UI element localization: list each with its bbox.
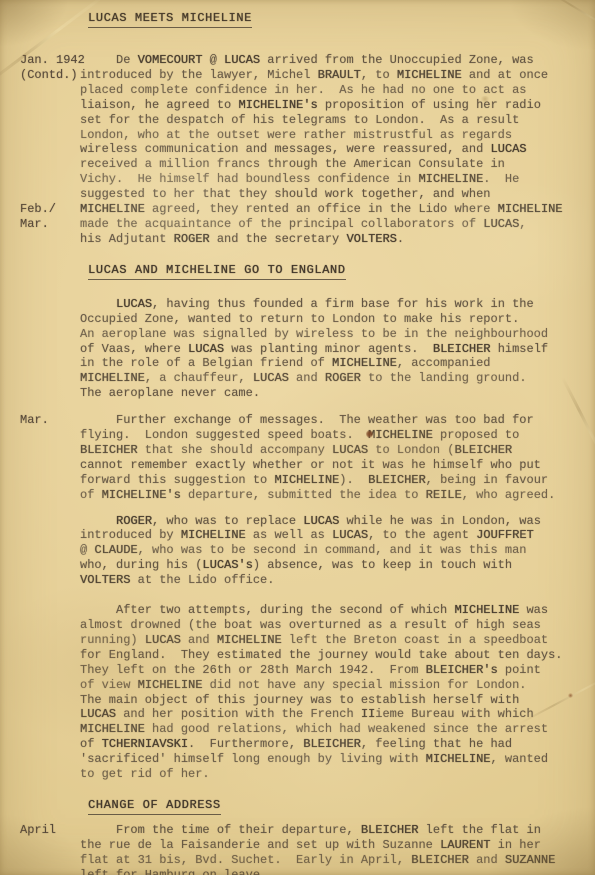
text-line: of view MICHELINE did not have any speci…: [80, 678, 595, 693]
text-line: London, who at the outset were rather mi…: [80, 128, 595, 143]
text-line: forward this suggestion to MICHELINE). B…: [80, 473, 595, 488]
emphasized-name: MICHELINE's: [102, 488, 181, 502]
emphasized-name: OF: [143, 798, 159, 812]
emphasized-name: ENGLAND: [291, 263, 346, 277]
text-line: his Adjutant ROGER and the secretary VOL…: [80, 232, 595, 247]
text-line: VOLTERS at the Lido office.: [80, 573, 595, 588]
text-line: suggested to her that they should work t…: [80, 187, 595, 202]
emphasized-name: JOUFFRET: [476, 528, 534, 542]
emphasized-name: MICHELINE's: [238, 98, 317, 112]
margin-note: Jan. 1942: [20, 53, 85, 68]
emphasized-name: MICHELINE: [397, 68, 462, 82]
paragraph: Further exchange of messages. The weathe…: [80, 413, 595, 502]
paragraph: After two attempts, during the second of…: [80, 603, 595, 782]
text-line: placed complete confidence in her. As he…: [80, 83, 595, 98]
emphasized-name: LUCAS: [116, 297, 152, 311]
emphasized-name: MICHELINE: [418, 172, 483, 186]
text-line: LUCAS, having thus founded a firm base f…: [80, 297, 595, 312]
emphasized-name: BLEICHER: [361, 823, 419, 837]
emphasized-name: BLEICHER: [433, 342, 491, 356]
text-line: Vichy. He himself had boundless confiden…: [80, 172, 595, 187]
emphasized-name: ROGER: [174, 232, 210, 246]
emphasized-name: ROGER: [325, 371, 361, 385]
text-line: An aeroplane was signalled by wireless t…: [80, 327, 595, 342]
text-line: received a million francs through the Am…: [80, 157, 595, 172]
text-line: set for the despatch of his telegrams to…: [80, 113, 595, 128]
emphasized-name: MICHELINE: [80, 371, 145, 385]
margin-note: Mar.: [20, 217, 49, 232]
emphasized-name: TCHERNIAVSKI: [102, 737, 188, 751]
emphasized-name: ADDRESS: [166, 798, 221, 812]
paragraph: De VOMECOURT @ LUCAS arrived from the Un…: [80, 53, 595, 247]
emphasized-name: TO: [268, 263, 284, 277]
text-line: of MICHELINE's departure, submitted the …: [80, 488, 595, 503]
emphasized-name: LUCAS: [188, 342, 224, 356]
emphasized-name: LUCAS: [88, 263, 127, 277]
text-line: of Vaas, where LUCAS was planting minor …: [80, 342, 595, 357]
text-line: De VOMECOURT @ LUCAS arrived from the Un…: [80, 53, 595, 68]
emphasized-name: MICHELINE: [80, 202, 145, 216]
emphasized-name: LUCAS: [253, 371, 289, 385]
text-line: introduced by MICHELINE as well as LUCAS…: [80, 528, 595, 543]
text-line: in the role of a Belgian friend of MICHE…: [80, 356, 595, 371]
emphasized-name: MICHELINE: [138, 678, 203, 692]
text-line: 'sacrificed' himself long enough by livi…: [80, 752, 595, 767]
section-heading: CHANGE OF ADDRESS: [88, 795, 595, 815]
text-line: introduced by the lawyer, Michel BRAULT,…: [80, 68, 595, 83]
text-line: wireless communication and messages, wer…: [80, 142, 595, 157]
emphasized-name: LUCAS: [145, 633, 181, 647]
emphasized-name: BRAULT: [318, 68, 361, 82]
emphasized-name: BLEICHER: [303, 737, 361, 751]
text-line: ROGER, who was to replace LUCAS while he…: [80, 514, 595, 529]
text-line: After two attempts, during the second of…: [80, 603, 595, 618]
text-line: MICHELINE agreed, they rented an office …: [80, 202, 595, 217]
margin-note: Feb./: [20, 202, 56, 217]
emphasized-name: CHANGE: [88, 798, 135, 812]
text-line: Occupied Zone, wanted to return to Londo…: [80, 312, 595, 327]
text-line: @ CLAUDE, who was to be second in comman…: [80, 543, 595, 558]
section-heading-text: CHANGE OF ADDRESS: [88, 798, 221, 815]
margin-note: (Contd.): [20, 68, 78, 83]
emphasized-name: LAURENT: [440, 838, 490, 852]
emphasized-name: MICHELINE: [274, 473, 339, 487]
emphasized-name: LUCAS: [483, 217, 519, 231]
emphasized-name: MICHELINE: [454, 603, 519, 617]
emphasized-name: MICHELINE: [217, 633, 282, 647]
margin-note: April: [20, 823, 56, 838]
section-heading-text: LUCAS MEETS MICHELINE: [88, 11, 252, 28]
text-line: Further exchange of messages. The weathe…: [80, 413, 595, 428]
emphasized-name: ROGER: [116, 514, 152, 528]
text-line: liaison, he agreed to MICHELINE's propos…: [80, 98, 595, 113]
emphasized-name: CLAUDE: [94, 543, 137, 557]
emphasized-name: MICHELINE: [368, 428, 433, 442]
emphasized-name: VOLTERS: [346, 232, 396, 246]
text-line: LUCAS and her position with the French I…: [80, 707, 595, 722]
margin-note: Mar.: [20, 413, 49, 428]
emphasized-name: AND: [135, 263, 158, 277]
emphasized-name: MICHELINE: [80, 722, 145, 736]
emphasized-name: BLEICHER: [368, 473, 426, 487]
paragraph: From the time of their departure, BLEICH…: [80, 823, 595, 875]
text-line: MICHELINE, a chauffeur, LUCAS and ROGER …: [80, 371, 595, 386]
text-line: flying. London suggested speed boats. MI…: [80, 428, 595, 443]
emphasized-name: BLEICHER: [80, 443, 138, 457]
document-text: LUCAS MEETS MICHELINE De VOMECOURT @ LUC…: [0, 0, 595, 875]
emphasized-name: VOMECOURT: [138, 53, 203, 67]
emphasized-name: LUCAS: [490, 142, 526, 156]
emphasized-name: SUZANNE: [505, 853, 555, 867]
text-line: for England. They estimated the journey …: [80, 648, 595, 663]
text-line: left for Hamburg on leave.: [80, 868, 595, 875]
emphasized-name: MICHELINE: [426, 752, 491, 766]
document-page: LUCAS MEETS MICHELINE De VOMECOURT @ LUC…: [0, 0, 595, 875]
emphasized-name: REILE: [426, 488, 462, 502]
text-line: to get rid of her.: [80, 767, 595, 782]
section-heading: LUCAS AND MICHELINE GO TO ENGLAND: [88, 260, 595, 280]
text-line: made the acquaintance of the principal c…: [80, 217, 595, 232]
text-line: flat at 31 bis, Bvd. Suchet. Early in Ap…: [80, 853, 595, 868]
text-line: almost drowned (the boat was overturned …: [80, 618, 595, 633]
emphasized-name: LUCAS's: [202, 558, 252, 572]
emphasized-name: BLEICHER: [411, 853, 469, 867]
emphasized-name: MICHELINE: [182, 11, 252, 25]
text-line: MICHELINE had good relations, which had …: [80, 722, 595, 737]
emphasized-name: LUCAS: [80, 707, 116, 721]
text-line: They left on the 26th or 28th March 1942…: [80, 663, 595, 678]
emphasized-name: MICHELINE: [166, 263, 236, 277]
emphasized-name: GO: [244, 263, 260, 277]
text-line: cannot remember exactly whether or not i…: [80, 458, 595, 473]
paragraph: LUCAS, having thus founded a firm base f…: [80, 297, 595, 401]
text-line: The main object of this journey was to e…: [80, 693, 595, 708]
text-line: From the time of their departure, BLEICH…: [80, 823, 595, 838]
emphasized-name: LUCAS: [303, 514, 339, 528]
text-line: the rue de la Faisanderie and set up wit…: [80, 838, 595, 853]
emphasized-name: BLEICHER's: [426, 663, 498, 677]
emphasized-name: LUCAS: [332, 443, 368, 457]
text-line: BLEICHER that she should accompany LUCAS…: [80, 443, 595, 458]
emphasized-name: MICHELINE: [181, 528, 246, 542]
emphasized-name: LUCAS: [88, 11, 127, 25]
text-line: who, during his (LUCAS's) absence, was t…: [80, 558, 595, 573]
emphasized-name: MEETS: [135, 11, 174, 25]
emphasized-name: II: [361, 707, 375, 721]
emphasized-name: VOLTERS: [80, 573, 130, 587]
emphasized-name: LUCAS: [224, 53, 260, 67]
section-heading: LUCAS MEETS MICHELINE: [88, 8, 595, 28]
paragraph: ROGER, who was to replace LUCAS while he…: [80, 514, 595, 589]
emphasized-name: BLEICHER: [454, 443, 512, 457]
emphasized-name: MICHELINE: [332, 356, 397, 370]
text-line: of TCHERNIAVSKI. Furthermore, BLEICHER, …: [80, 737, 595, 752]
emphasized-name: MICHELINE: [498, 202, 563, 216]
text-line: The aeroplane never came.: [80, 386, 595, 401]
section-heading-text: LUCAS AND MICHELINE GO TO ENGLAND: [88, 263, 346, 280]
emphasized-name: LUCAS: [332, 528, 368, 542]
text-line: running) LUCAS and MICHELINE left the Br…: [80, 633, 595, 648]
